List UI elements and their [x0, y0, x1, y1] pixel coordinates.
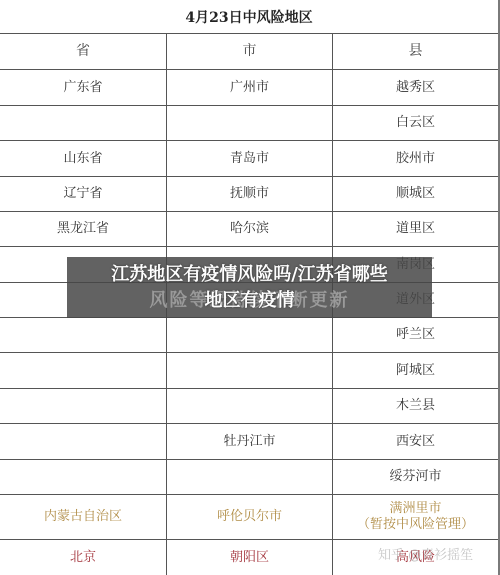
table-row-highlight-gold: 内蒙古自治区 呼伦贝尔市 满洲里市 （暂按中风险管理）: [0, 495, 498, 540]
cell-city: 呼伦贝尔市: [166, 495, 332, 539]
cell-county: 木兰县: [332, 389, 498, 423]
header-county: 县: [332, 33, 498, 69]
table-header-row: 省 市 县: [0, 33, 498, 70]
table-row: 黑龙江省 哈尔滨 道里区: [0, 212, 498, 247]
cell-county: 道里区: [332, 212, 498, 246]
table-row: 阿城区: [0, 353, 498, 389]
table-row: 木兰县: [0, 389, 498, 424]
headline-overlay-text: 江苏地区有疫情风险吗/江苏省哪些 地区有疫情: [67, 257, 432, 318]
cell-province: [0, 424, 166, 459]
cell-province: [0, 389, 166, 423]
cell-county: 越秀区: [332, 70, 498, 105]
cell-county: 西安区: [332, 424, 498, 459]
cell-county: 满洲里市 （暂按中风险管理）: [332, 495, 498, 539]
headline-line-1: 江苏地区有疫情风险吗/江苏省哪些: [111, 262, 388, 288]
cell-city: [166, 318, 332, 352]
cell-city: [166, 460, 332, 494]
cell-province: [0, 353, 166, 388]
cell-city: 牡丹江市: [166, 424, 332, 459]
cell-province: 黑龙江省: [0, 212, 166, 246]
cell-county: 顺城区: [332, 177, 498, 211]
cell-city: [166, 353, 332, 388]
cell-province: [0, 460, 166, 494]
table-row: 呼兰区: [0, 318, 498, 353]
cell-county: 白云区: [332, 106, 498, 140]
cell-province: [0, 318, 166, 352]
cell-city: [166, 389, 332, 423]
table-title: 4月23日中风险地区: [0, 0, 498, 34]
cell-province: 广东省: [0, 70, 166, 105]
header-city: 市: [166, 33, 332, 69]
cell-province: 山东省: [0, 141, 166, 176]
cell-city: 广州市: [166, 70, 332, 105]
cell-county: 呼兰区: [332, 318, 498, 352]
cell-county: 绥芬河市: [332, 460, 498, 494]
cell-city: 抚顺市: [166, 177, 332, 211]
cell-province: [0, 106, 166, 140]
cell-city: [166, 106, 332, 140]
table-row: 广东省 广州市 越秀区: [0, 70, 498, 106]
cell-city: 哈尔滨: [166, 212, 332, 246]
cell-county: 阿城区: [332, 353, 498, 388]
cell-province: 内蒙古自治区: [0, 495, 166, 539]
table-row: 山东省 青岛市 胶州市: [0, 141, 498, 177]
cell-city: 朝阳区: [166, 540, 332, 575]
table-row: 辽宁省 抚顺市 顺城区: [0, 177, 498, 212]
header-province: 省: [0, 33, 166, 69]
cell-city: 青岛市: [166, 141, 332, 176]
watermark-text: 知乎 @青衫摇笙: [378, 544, 473, 563]
cell-county: 胶州市: [332, 141, 498, 176]
table-row: 绥芬河市: [0, 460, 498, 495]
cell-province: 北京: [0, 540, 166, 575]
headline-line-2: 地区有疫情: [205, 288, 295, 314]
cell-province: 辽宁省: [0, 177, 166, 211]
table-row: 白云区: [0, 106, 498, 141]
table-row: 牡丹江市 西安区: [0, 424, 498, 460]
